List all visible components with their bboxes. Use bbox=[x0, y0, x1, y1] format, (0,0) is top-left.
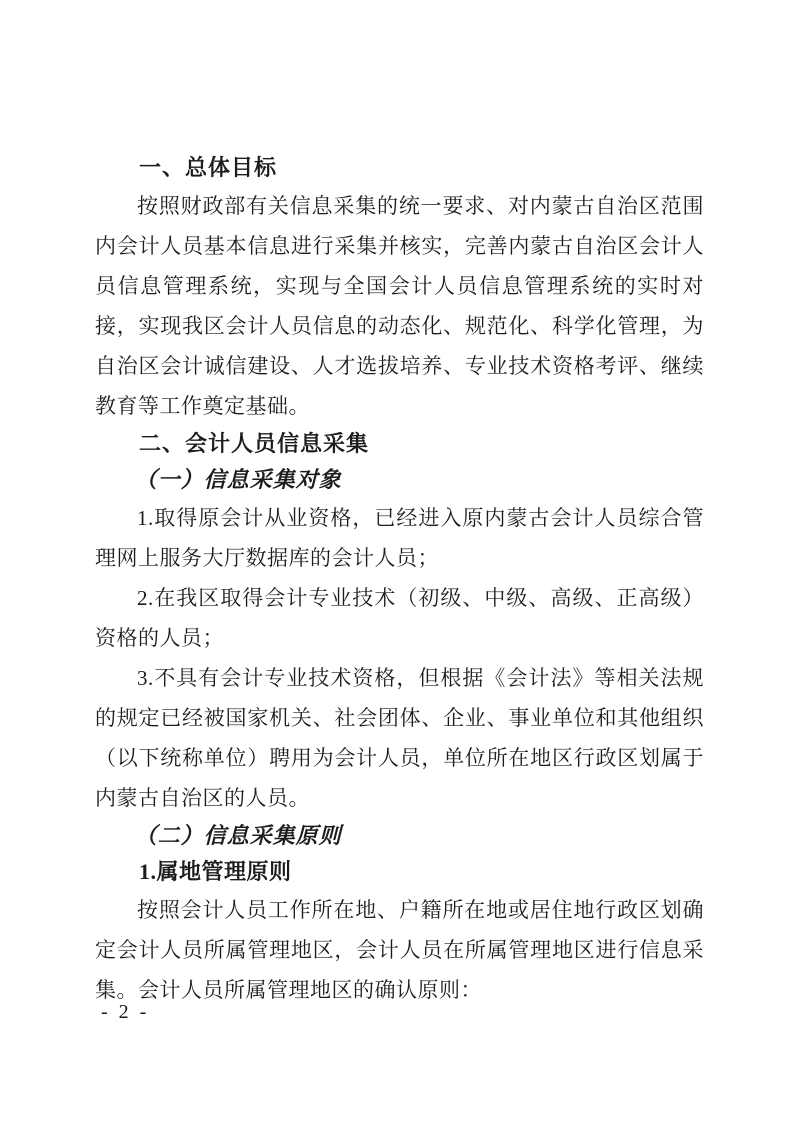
section-heading-overall-goal: 一、总体目标 bbox=[95, 150, 704, 186]
page-number: - 2 - bbox=[101, 998, 149, 1026]
subsection-heading-collection-targets: （一）信息采集对象 bbox=[95, 462, 704, 498]
document-body: 一、总体目标 按照财政部有关信息采集的统一要求、对内蒙古自治区范围内会计人员基本… bbox=[95, 150, 704, 1010]
subsection-heading-collection-principles: （二）信息采集原则 bbox=[95, 818, 704, 854]
principle-heading-territorial-management: 1.属地管理原则 bbox=[95, 854, 704, 890]
list-item-target-1: 1.取得原会计从业资格，已经进入原内蒙古会计人员综合管理网上服务大厅数据库的会计… bbox=[95, 498, 704, 578]
paragraph-territorial-principle: 按照会计人员工作所在地、户籍所在地或居住地行政区划确定会计人员所属管理地区，会计… bbox=[95, 890, 704, 1010]
paragraph-overall-goal: 按照财政部有关信息采集的统一要求、对内蒙古自治区范围内会计人员基本信息进行采集并… bbox=[95, 186, 704, 426]
document-page: 一、总体目标 按照财政部有关信息采集的统一要求、对内蒙古自治区范围内会计人员基本… bbox=[0, 0, 793, 1122]
list-item-target-2: 2.在我区取得会计专业技术（初级、中级、高级、正高级）资格的人员； bbox=[95, 578, 704, 658]
section-heading-info-collection: 二、会计人员信息采集 bbox=[95, 426, 704, 462]
list-item-target-3: 3.不具有会计专业技术资格，但根据《会计法》等相关法规的规定已经被国家机关、社会… bbox=[95, 658, 704, 818]
